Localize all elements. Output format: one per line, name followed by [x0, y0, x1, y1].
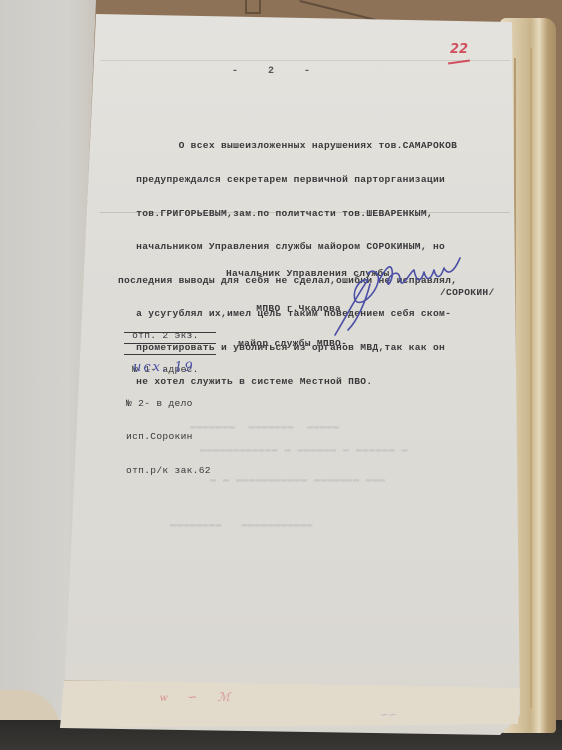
distribution-underline — [124, 354, 216, 355]
distribution-line: № 2- в дело — [120, 398, 211, 409]
body-line: тов.ГРИГОРЬЕВЫМ,зам.по политчасти тов.ШЕ… — [118, 208, 457, 219]
bleed-through-text: ▬▬▬▬▬▬▬▬▬▬▬▬ ▬ ▬▬▬▬▬▬ ▬ ▬▬▬▬▬▬ ▬ — [200, 445, 408, 456]
faded-blue-marks: ∽∽ — [380, 710, 397, 721]
distribution-line: отп.р/к зак.62 — [120, 465, 211, 476]
photo-scene: ▬▬▬▬▬▬▬ ▬▬▬▬▬▬▬ ▬▬▬▬▬ ▬▬▬▬▬▬▬▬▬▬▬▬ ▬ ▬▬▬… — [0, 0, 562, 750]
faded-red-marks: ѡ ∽ ℳ — [160, 690, 238, 705]
page-number: - 2 - — [232, 66, 322, 77]
signer-title-line: майор службы МПВО- — [226, 338, 390, 350]
distribution-underline — [124, 343, 216, 344]
paper-fold-line-top — [100, 60, 510, 61]
bleed-through-text: ▬ ▬ ▬▬▬▬▬▬▬▬▬▬▬ ▬▬▬▬▬▬▬ ▬▬▬ — [210, 475, 386, 486]
page-bottom-strip — [60, 680, 520, 731]
handwritten-signature — [330, 250, 490, 340]
body-line: О всех вышеизложенных нарушениях тов.САМ… — [118, 140, 457, 151]
distribution-line: исп.Сорокин — [120, 431, 211, 442]
archive-page-number: 22 — [450, 42, 468, 57]
bleed-through-text: ▬▬▬▬▬▬▬▬ ▬▬▬▬▬▬▬▬▬▬▬ — [170, 520, 313, 531]
bleed-through-text: ▬▬▬▬▬▬▬ ▬▬▬▬▬▬▬ ▬▬▬▬▬ — [190, 422, 340, 433]
distribution-list: отп. 2 экз. № 1- адрес. № 2- в дело исп.… — [120, 308, 211, 498]
folder-corner-mark — [245, 0, 261, 14]
distribution-underline — [124, 332, 216, 333]
body-line: предупреждался секретарем первичной парт… — [118, 174, 457, 185]
handwritten-outgoing-number: исх. 19 — [133, 360, 195, 375]
